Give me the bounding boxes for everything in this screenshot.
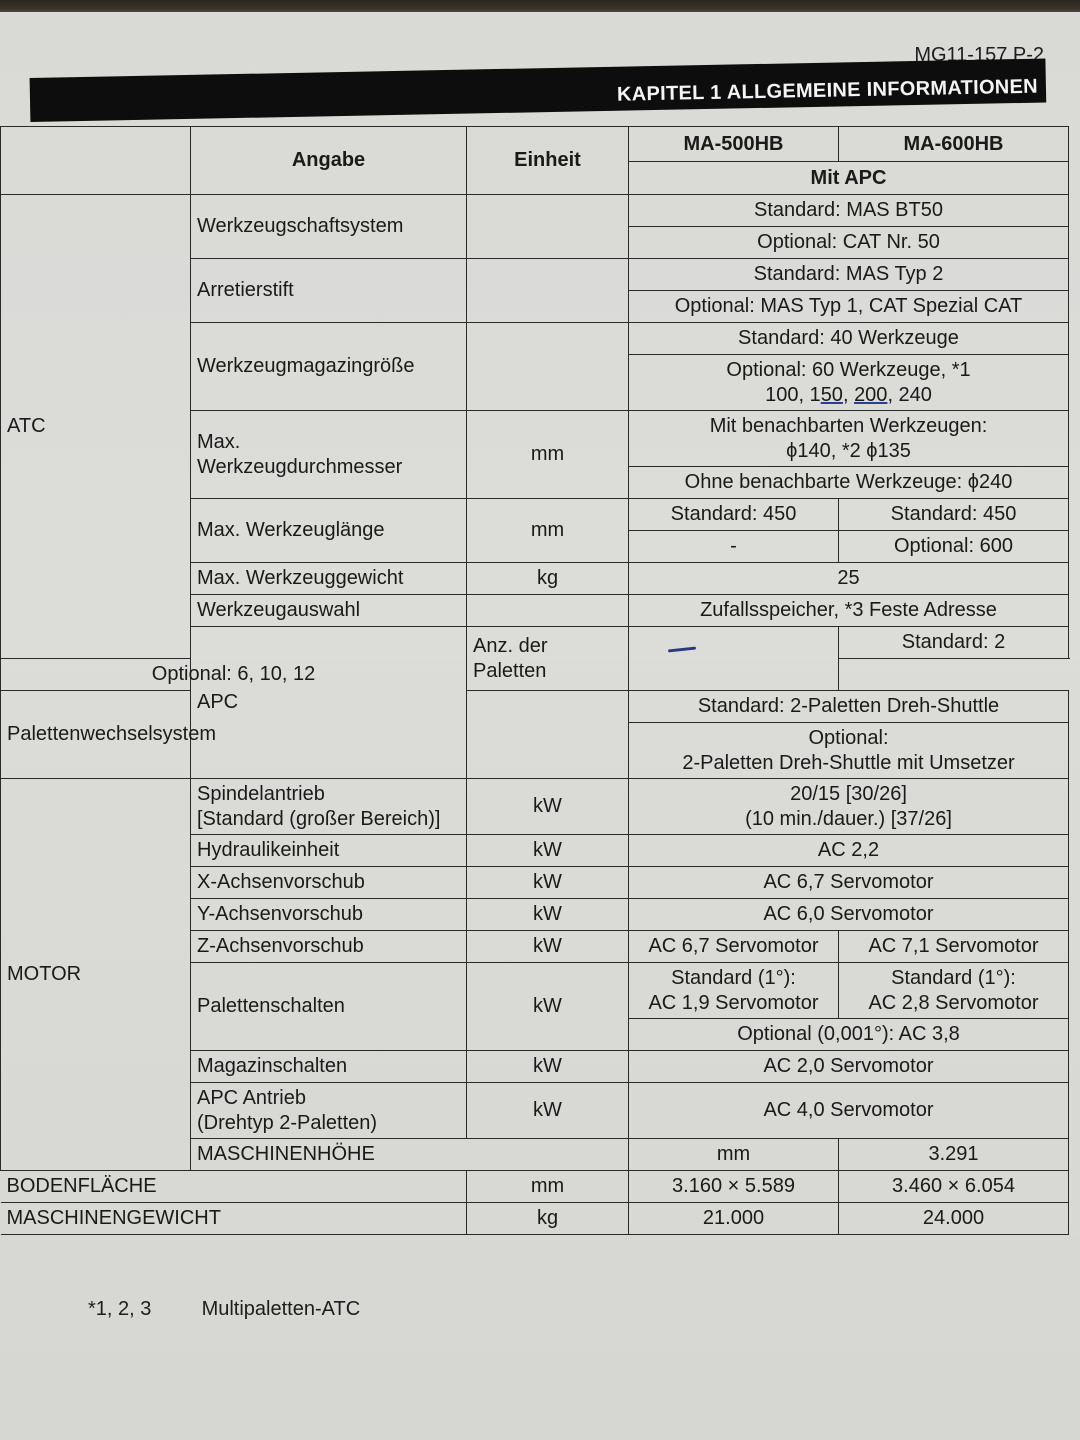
value-cell: 25 (629, 563, 1069, 595)
value-line: (10 min./dauer.) [37/26] (635, 807, 1062, 832)
item-label: Werkzeugauswahl (191, 595, 467, 627)
item-unit (629, 627, 839, 691)
item-label: Max. Werkzeugdurchmesser (191, 411, 467, 499)
header-model-ma500hb: MA-500HB (629, 127, 839, 162)
footnote-marks: *1, 2, 3 (88, 1298, 196, 1321)
table-row: ATC Werkzeugschaftsystem Standard: MAS B… (1, 195, 1069, 227)
item-label-line: [Standard (großer Bereich)] (197, 807, 460, 832)
item-unit: kW (467, 1051, 629, 1083)
value-line: 2-Paletten Dreh-Shuttle mit Umsetzer (635, 751, 1062, 776)
item-unit: kg (467, 563, 629, 595)
item-label: Spindelantrieb [Standard (großer Bereich… (191, 779, 467, 835)
item-label: MASCHINENGEWICHT (1, 1203, 467, 1235)
value-cell-ma600: Standard (1°): AC 2,8 Servomotor (839, 963, 1069, 1019)
item-unit: kW (467, 931, 629, 963)
value-cell: Zufallsspeicher, *3 Feste Adresse (629, 595, 1069, 627)
item-label: Max. Werkzeuggewicht (191, 563, 467, 595)
item-unit (467, 595, 629, 627)
item-unit: kW (467, 779, 629, 835)
value-line: AC 2,8 Servomotor (845, 991, 1062, 1016)
item-label: X-Achsenvorschub (191, 867, 467, 899)
handwritten-underline-mark: 50 (821, 384, 843, 406)
chapter-header-bar: KAPITEL 1 ALLGEMEINE INFORMATIONEN (30, 58, 1047, 121)
item-unit: kW (467, 835, 629, 867)
item-label: Werkzeugmagazingröße (191, 323, 467, 411)
value-line: 100, 150, 200, 240 (635, 383, 1062, 408)
item-label-line: APC Antrieb (197, 1086, 460, 1111)
value-fragment: , (843, 384, 854, 406)
item-label-line: Spindelantrieb (197, 782, 460, 807)
item-unit: mm (629, 1139, 839, 1171)
value-cell: AC 6,7 Servomotor (629, 867, 1069, 899)
item-unit (467, 259, 629, 323)
value-fragment: , 240 (887, 384, 931, 406)
value-fragment: 100, 1 (765, 384, 821, 406)
value-cell-multiline: Optional: 60 Werkzeuge, *1 100, 150, 200… (629, 355, 1069, 411)
table-row: MASCHINENGEWICHT kg 21.000 24.000 (1, 1203, 1069, 1235)
value-line: 20/15 [30/26] (635, 782, 1062, 807)
value-cell: AC 4,0 Servomotor (629, 1083, 1069, 1139)
value-cell: Standard: MAS BT50 (629, 195, 1069, 227)
handwritten-underline-mark: 200 (854, 384, 887, 406)
chapter-title: KAPITEL 1 ALLGEMEINE INFORMATIONEN (617, 76, 1038, 107)
value-cell-ma500: Standard (1°): AC 1,9 Servomotor (629, 963, 839, 1019)
category-apc: APC (191, 627, 467, 779)
value-line: Standard (1°): (635, 966, 832, 991)
table-row: BODENFLÄCHE mm 3.160 × 5.589 3.460 × 6.0… (1, 1171, 1069, 1203)
item-label: Werkzeugschaftsystem (191, 195, 467, 259)
value-line: Optional: (635, 726, 1062, 751)
header-config: Mit APC (629, 162, 1069, 195)
value-cell: Standard: 2 (839, 627, 1069, 659)
spec-table: Angabe Einheit MA-500HB MA-600HB Mit APC… (0, 126, 1069, 1235)
header-item: Angabe (191, 127, 467, 195)
footnote: *1, 2, 3 Multipaletten-ATC (88, 1298, 360, 1321)
value-cell: 3.291 (839, 1139, 1069, 1171)
footnote-text: Multipaletten-ATC (202, 1298, 361, 1320)
value-cell-ma600: AC 7,1 Servomotor (839, 931, 1069, 963)
category-atc: ATC (1, 195, 191, 659)
value-cell: Optional: CAT Nr. 50 (629, 227, 1069, 259)
value-line: AC 1,9 Servomotor (635, 991, 832, 1016)
value-cell-ma600: Optional: 600 (839, 531, 1069, 563)
value-cell-ma600: 3.460 × 6.054 (839, 1171, 1069, 1203)
value-cell-ma600: 24.000 (839, 1203, 1069, 1235)
item-label: Palettenschalten (191, 963, 467, 1051)
value-cell: Standard: 40 Werkzeuge (629, 323, 1069, 355)
value-cell-multiline: 20/15 [30/26] (10 min./dauer.) [37/26] (629, 779, 1069, 835)
value-cell-ma500: AC 6,7 Servomotor (629, 931, 839, 963)
value-cell: AC 2,0 Servomotor (629, 1051, 1069, 1083)
item-unit: mm (467, 411, 629, 499)
value-cell-multiline: Optional: 2-Paletten Dreh-Shuttle mit Um… (629, 723, 1069, 779)
header-model-ma600hb: MA-600HB (839, 127, 1069, 162)
value-line: Mit benachbarten Werkzeugen: (635, 414, 1062, 439)
item-unit: mm (467, 1171, 629, 1203)
value-cell-ma500: Standard: 450 (629, 499, 839, 531)
spec-table-wrapper: Angabe Einheit MA-500HB MA-600HB Mit APC… (0, 126, 1070, 1235)
value-cell-ma500: - (629, 531, 839, 563)
item-label: Magazinschalten (191, 1051, 467, 1083)
item-label: APC Antrieb (Drehtyp 2-Paletten) (191, 1083, 467, 1139)
value-cell: Standard: 2-Paletten Dreh-Shuttle (629, 691, 1069, 723)
item-label: MASCHINENHÖHE (191, 1139, 629, 1171)
value-cell-ma500: 3.160 × 5.589 (629, 1171, 839, 1203)
item-unit (467, 195, 629, 259)
item-unit (467, 323, 629, 411)
category-motor: MOTOR (1, 779, 191, 1171)
value-cell: Optional: MAS Typ 1, CAT Spezial CAT (629, 291, 1069, 323)
item-label: Anz. der Paletten (467, 627, 629, 691)
item-unit (467, 691, 629, 779)
item-label: Z-Achsenvorschub (191, 931, 467, 963)
item-label: Max. Werkzeuglänge (191, 499, 467, 563)
item-unit: kW (467, 867, 629, 899)
value-cell: AC 2,2 (629, 835, 1069, 867)
item-unit: kW (467, 1083, 629, 1139)
value-cell: Ohne benachbarte Werkzeuge: ϕ240 (629, 467, 1069, 499)
value-cell: Optional (0,001°): AC 3,8 (629, 1019, 1069, 1051)
item-label-line: Max. (197, 430, 460, 455)
photo-edge (0, 0, 1080, 12)
item-label: Arretierstift (191, 259, 467, 323)
item-label: Palettenwechselsystem (1, 691, 191, 779)
item-label: BODENFLÄCHE (1, 1171, 467, 1203)
item-unit: mm (467, 499, 629, 563)
value-line: Standard (1°): (845, 966, 1062, 991)
item-label-line: (Drehtyp 2-Paletten) (197, 1111, 460, 1136)
item-unit: kW (467, 899, 629, 931)
value-cell-multiline: Mit benachbarten Werkzeugen: ϕ140, *2 ϕ1… (629, 411, 1069, 467)
value-cell-ma600: Standard: 450 (839, 499, 1069, 531)
header-unit: Einheit (467, 127, 629, 195)
table-header-row: Angabe Einheit MA-500HB MA-600HB (1, 127, 1069, 162)
item-label: Y-Achsenvorschub (191, 899, 467, 931)
item-label: Hydraulikeinheit (191, 835, 467, 867)
value-cell: AC 6,0 Servomotor (629, 899, 1069, 931)
value-cell-ma500: 21.000 (629, 1203, 839, 1235)
value-cell: Optional: 6, 10, 12 (1, 659, 467, 691)
table-row: Palettenwechselsystem Standard: 2-Palett… (1, 691, 1069, 723)
header-category-cell (1, 127, 191, 195)
table-row: MOTOR Spindelantrieb [Standard (großer B… (1, 779, 1069, 835)
item-unit: kW (467, 963, 629, 1051)
value-line: ϕ140, *2 ϕ135 (635, 439, 1062, 464)
item-label-line: Werkzeugdurchmesser (197, 455, 460, 480)
value-cell: Standard: MAS Typ 2 (629, 259, 1069, 291)
item-unit: kg (467, 1203, 629, 1235)
value-line: Optional: 60 Werkzeuge, *1 (635, 358, 1062, 383)
